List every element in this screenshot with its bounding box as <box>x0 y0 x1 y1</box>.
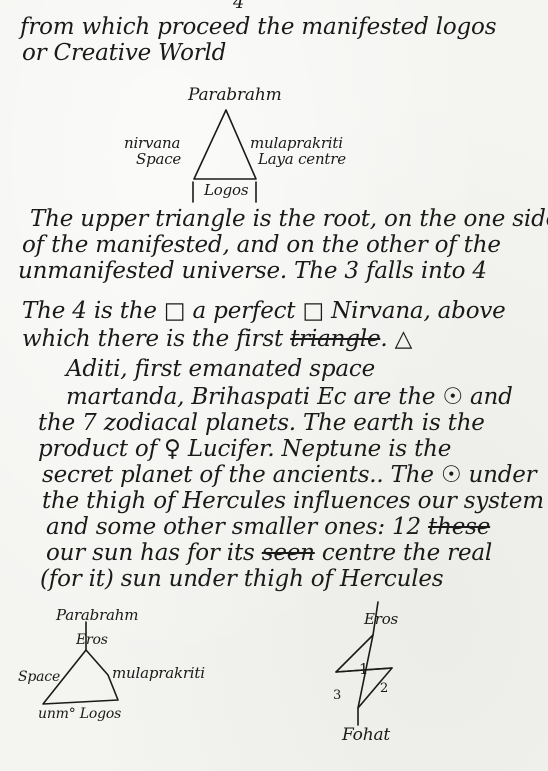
text-segment: martanda, Brihaspati Ec are the <box>66 384 435 410</box>
body-line-12: and some other smaller ones: 12 these <box>46 514 490 540</box>
diagram3-bottom-label: Fohat <box>342 725 390 745</box>
struck-text: these <box>428 514 490 540</box>
square-symbol-icon: □ <box>302 298 324 324</box>
body-line-1: The upper triangle is the root, on the o… <box>30 206 548 232</box>
body-line-10: secret planet of the ancients.. The ☉ un… <box>42 462 536 488</box>
text-segment: a perfect <box>193 298 296 324</box>
diagram2-right-label: mulaprakriti <box>112 664 205 682</box>
diagram3-right-label: 2 <box>380 681 388 696</box>
page-number: 4 <box>233 0 244 13</box>
text-segment: our sun has for its <box>46 540 255 566</box>
body-line-6: Aditi, first emanated space <box>66 356 375 382</box>
body-line-8: the 7 zodiacal planets. The earth is the <box>38 410 485 436</box>
text-segment: The 4 is the <box>22 298 157 324</box>
text-segment: Lucifer. Neptune is the <box>188 436 451 462</box>
diagram3-top-label: Eros <box>364 610 398 628</box>
body-line-3: unmanifested universe. The 3 falls into … <box>18 258 487 284</box>
text-segment: and <box>470 384 513 410</box>
sun-symbol-icon: ☉ <box>442 384 462 410</box>
intro-line-1: from which proceed the manifested logos <box>20 14 496 40</box>
diagram3-left-label: 3 <box>333 688 341 703</box>
text-segment: Nirvana, above <box>331 298 505 324</box>
venus-symbol-icon: ♀ <box>164 436 181 462</box>
body-line-5: which there is the first triangle. △ <box>22 326 412 352</box>
diagram1-base-label: Logos <box>204 181 248 199</box>
text-segment: product of <box>38 436 157 462</box>
body-line-13: our sun has for its seen centre the real <box>46 540 492 566</box>
diagram1-apex-label: Parabrahm <box>188 85 282 105</box>
diagram1-left-label-2: Space <box>136 150 181 168</box>
body-line-2: of the manifested, and on the other of t… <box>22 232 501 258</box>
body-line-9: product of ♀ Lucifer. Neptune is the <box>38 436 451 462</box>
diagram2-base-label: unm° Logos <box>38 706 121 722</box>
struck-text: seen <box>262 540 315 566</box>
text-segment: under <box>468 462 536 488</box>
text-segment: . <box>380 326 387 352</box>
text-segment: and some other smaller ones: 12 <box>46 514 421 540</box>
diagram1-right-label-2: Laya centre <box>258 150 346 168</box>
struck-text: triangle <box>290 326 380 352</box>
text-segment: which there is the first <box>22 326 283 352</box>
text-segment: centre the real <box>322 540 492 566</box>
sun-symbol-icon: ☉ <box>441 462 461 488</box>
body-line-11: the thigh of Hercules influences our sys… <box>42 488 544 514</box>
diagram2-apex-label: Eros <box>76 632 108 648</box>
triangle-symbol-icon: △ <box>395 326 413 352</box>
intro-line-2: or Creative World <box>22 40 226 66</box>
diagram3-middle-label: 1 <box>359 660 368 678</box>
body-line-7: martanda, Brihaspati Ec are the ☉ and <box>66 384 513 410</box>
manuscript-page: 4 from which proceed the manifested logo… <box>0 0 548 771</box>
diagram2-left-label: Space <box>18 669 60 685</box>
body-line-14: (for it) sun under thigh of Hercules <box>40 566 443 592</box>
square-symbol-icon: □ <box>164 298 186 324</box>
text-segment: secret planet of the ancients.. The <box>42 462 434 488</box>
body-line-4: The 4 is the □ a perfect □ Nirvana, abov… <box>22 298 506 324</box>
